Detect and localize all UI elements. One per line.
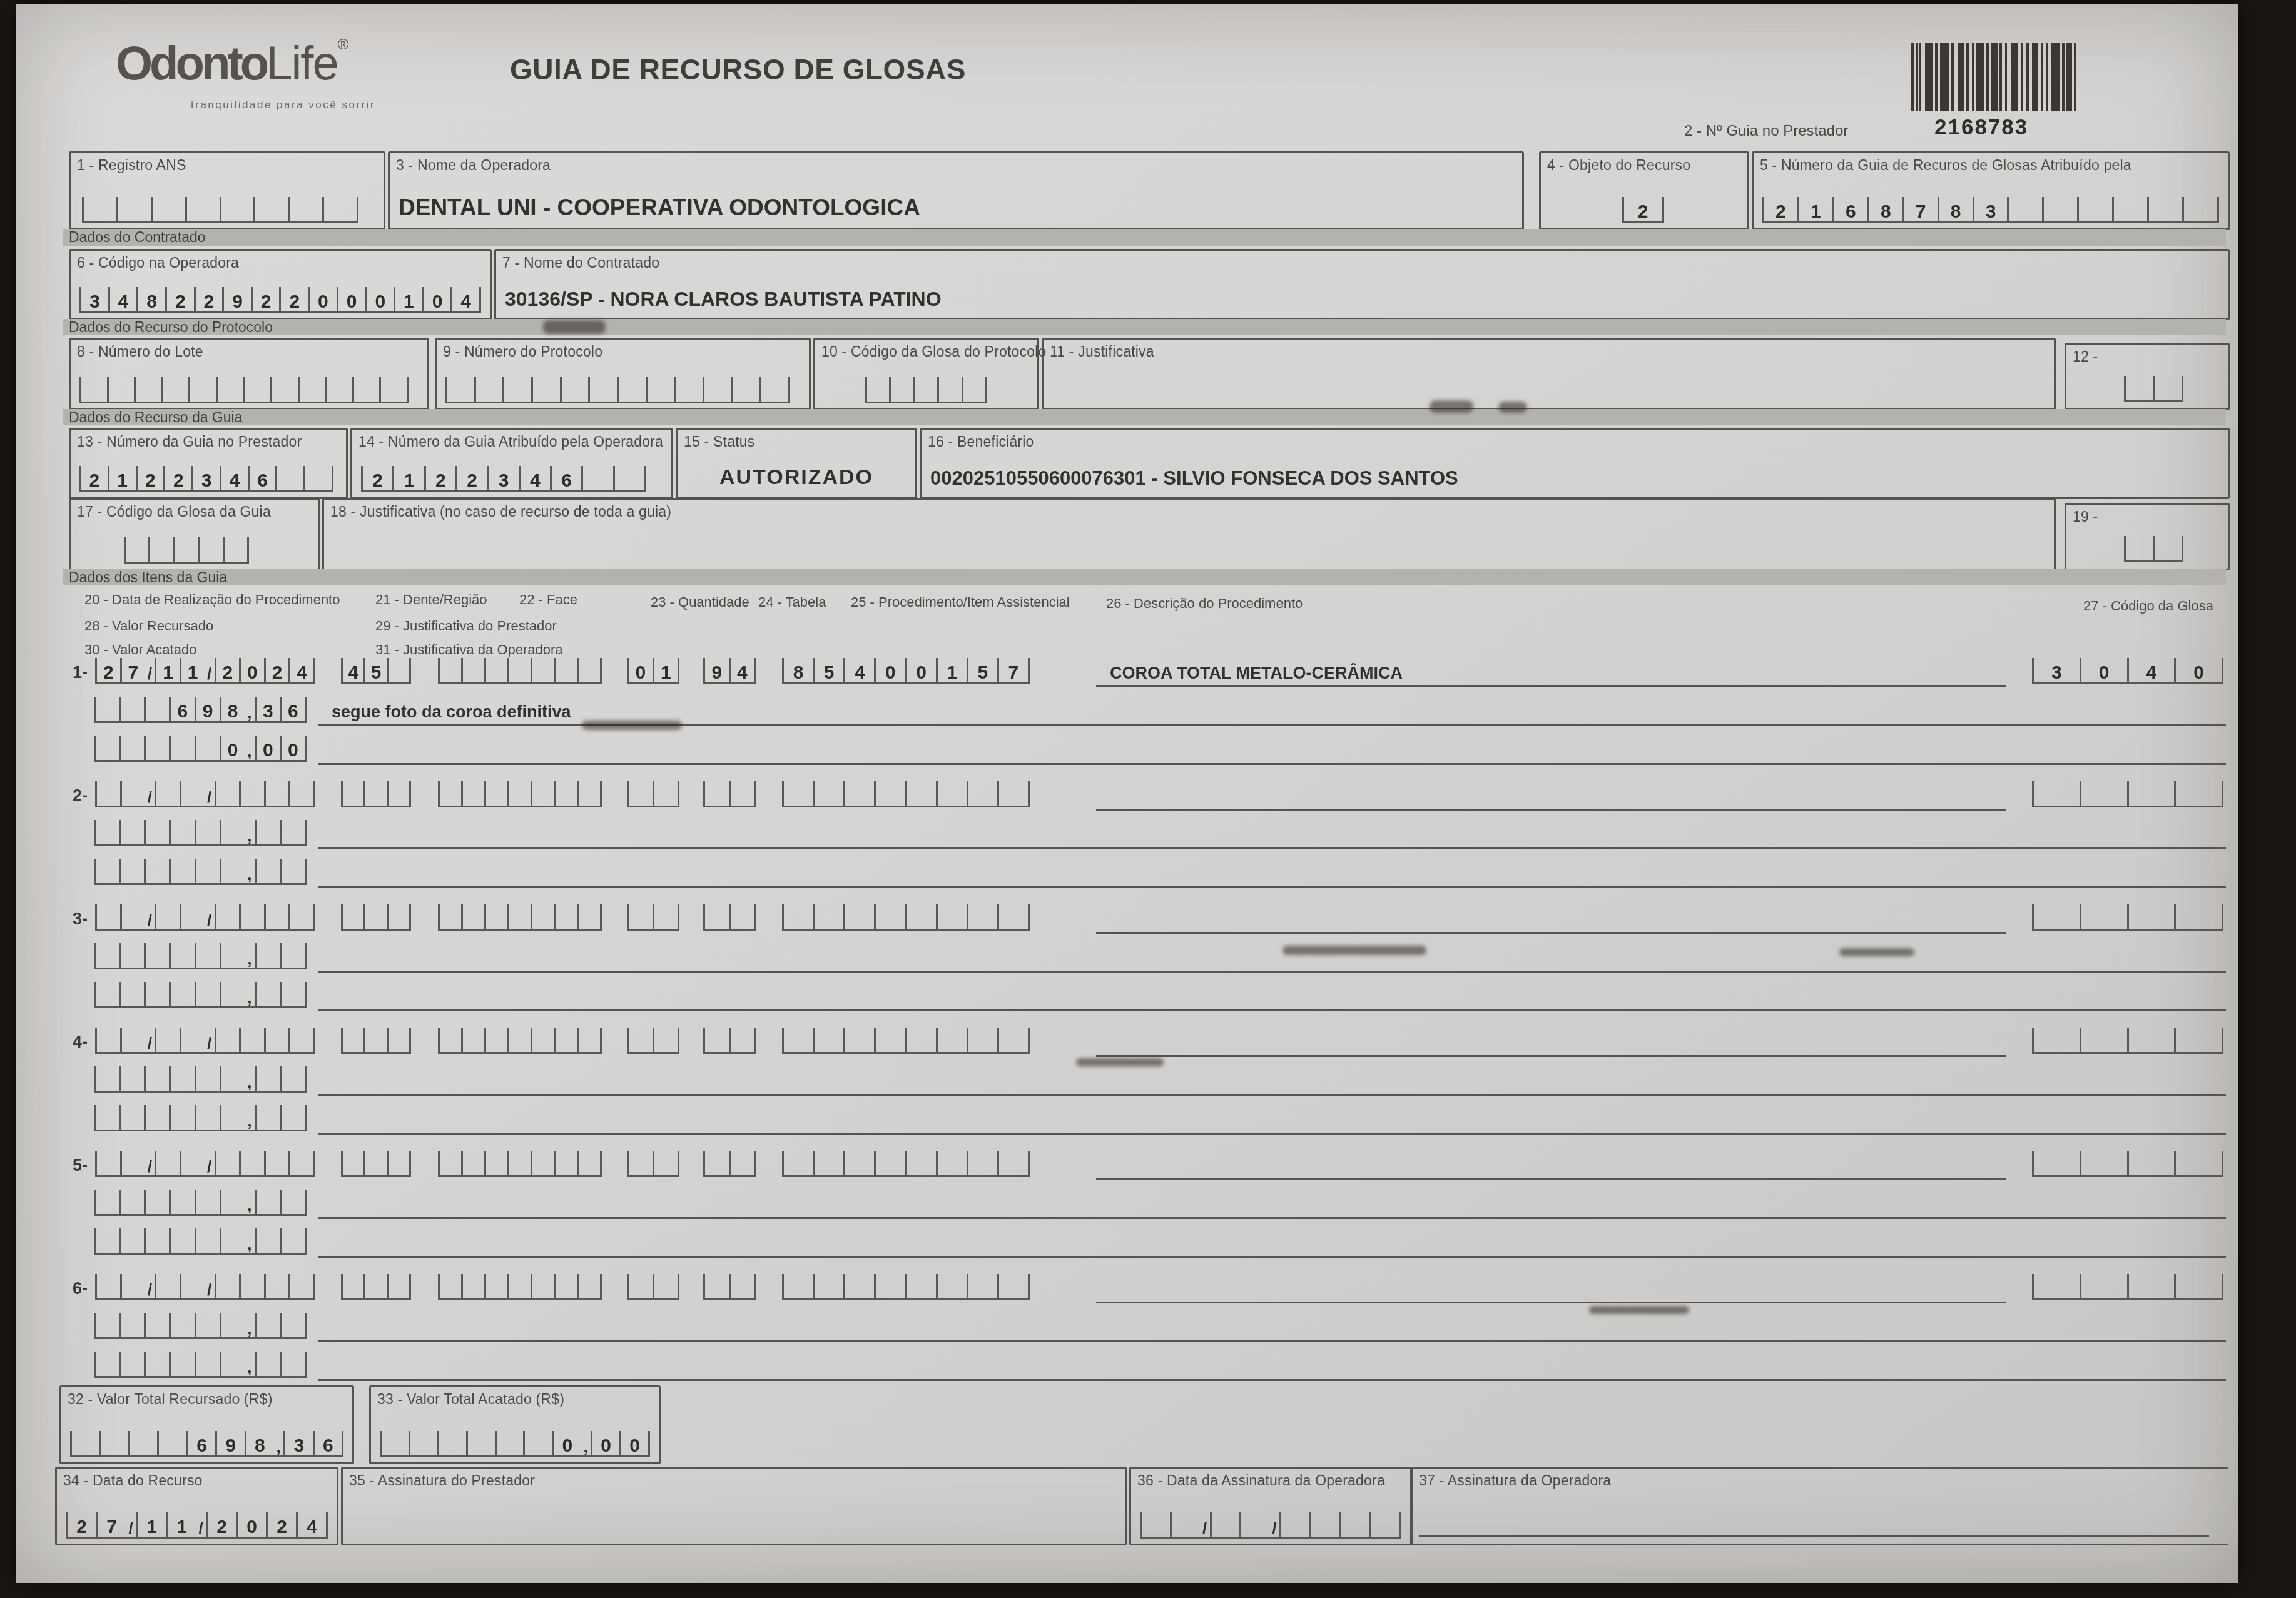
comb-cell bbox=[119, 1352, 144, 1378]
comb-cell bbox=[703, 1151, 729, 1177]
comb-cell bbox=[437, 1431, 466, 1457]
item-description-line[interactable] bbox=[1096, 781, 2006, 811]
item-face-field[interactable] bbox=[438, 658, 602, 684]
comb-cell bbox=[144, 736, 169, 762]
comb-cell bbox=[703, 1028, 729, 1054]
field-33-label: 33 - Valor Total Acatado (R$) bbox=[377, 1391, 564, 1408]
section-recurso-protocolo: Dados do Recurso do Protocolo bbox=[63, 319, 2226, 335]
comb-cell bbox=[280, 820, 307, 846]
field-13-input[interactable]: 2122346 bbox=[79, 466, 333, 492]
comb-cell bbox=[1170, 1512, 1200, 1539]
comb-cell: 3 bbox=[79, 287, 108, 313]
item-procedure-field[interactable] bbox=[782, 781, 1030, 807]
comb-cell bbox=[155, 1151, 180, 1177]
comb-cell bbox=[874, 781, 905, 807]
comb-cell bbox=[531, 1274, 554, 1300]
comb-separator: / bbox=[145, 658, 155, 684]
comb-cell bbox=[2080, 904, 2127, 931]
comb-cell: 2 bbox=[251, 287, 280, 313]
comb-cell: 1 bbox=[392, 466, 424, 492]
field-6-label: 6 - Código na Operadora bbox=[77, 255, 239, 271]
field-33-input[interactable]: 0,00 bbox=[380, 1431, 650, 1457]
comb-cell bbox=[438, 781, 461, 807]
comb-cell: 3 bbox=[191, 466, 220, 492]
item-operator-justification-line[interactable] bbox=[318, 1105, 2226, 1135]
comb-cell bbox=[298, 377, 325, 403]
comb-cell bbox=[438, 1274, 461, 1300]
item-valor-acatado-field[interactable]: 0,00 bbox=[94, 736, 307, 762]
item-valor-recursado-field[interactable]: , bbox=[94, 1313, 307, 1339]
comb-cell bbox=[94, 736, 119, 762]
item-valor-recursado-field[interactable]: , bbox=[94, 1190, 307, 1216]
item-glosa-code-field[interactable] bbox=[2032, 1151, 2223, 1177]
field-3-nome-operadora: 3 - Nome da Operadora DENTAL UNI - COOPE… bbox=[388, 151, 1524, 230]
field-19-input[interactable] bbox=[2124, 536, 2183, 562]
item-row-number: 3- bbox=[73, 909, 88, 929]
field-34-input[interactable]: 27/11/2024 bbox=[66, 1512, 328, 1539]
comb-cell bbox=[997, 904, 1030, 931]
comb-cell bbox=[843, 1028, 874, 1054]
field-9-label: 9 - Número do Protocolo bbox=[443, 343, 602, 360]
item-procedure-field[interactable] bbox=[782, 904, 1030, 931]
item-row-number: 2- bbox=[73, 786, 88, 806]
field-10-label: 10 - Código da Glosa do Protocolo bbox=[821, 343, 1046, 360]
field-3-label: 3 - Nome da Operadora bbox=[396, 157, 551, 174]
comb-cell bbox=[2080, 1151, 2127, 1177]
comb-cell bbox=[495, 1431, 524, 1457]
operator-signature-line[interactable] bbox=[1419, 1529, 2209, 1537]
comb-cell bbox=[997, 781, 1030, 807]
item-tooth-region-field[interactable] bbox=[341, 1028, 411, 1054]
field-37-label: 37 - Assinatura da Operadora bbox=[1419, 1472, 1611, 1489]
comb-cell bbox=[220, 982, 245, 1008]
comb-cell: 5 bbox=[363, 658, 386, 684]
item-description-line[interactable] bbox=[1096, 904, 2006, 934]
field-8-numero-lote: 8 - Número do Lote bbox=[69, 338, 429, 410]
item-procedure-field[interactable] bbox=[782, 1151, 1030, 1177]
item-tooth-region-field[interactable]: 45 bbox=[341, 658, 411, 684]
comb-cell bbox=[128, 1431, 157, 1457]
comb-cell bbox=[94, 1228, 119, 1255]
comb-cell: 2 bbox=[95, 658, 120, 684]
item-glosa-code-field[interactable] bbox=[2032, 1028, 2223, 1054]
comb-cell bbox=[151, 197, 185, 223]
comb-cell bbox=[280, 943, 307, 969]
comb-cell bbox=[280, 1190, 307, 1216]
field-10-input[interactable] bbox=[865, 377, 987, 403]
field-12-label: 12 - bbox=[2073, 348, 2098, 365]
item-operator-justification-line[interactable] bbox=[318, 1352, 2226, 1381]
comb-cell bbox=[653, 904, 680, 931]
item-table-field[interactable]: 94 bbox=[703, 658, 756, 684]
comb-cell bbox=[2127, 1028, 2175, 1054]
comb-cell bbox=[95, 904, 120, 931]
comb-cell bbox=[874, 1274, 905, 1300]
comb-cell: 7 bbox=[96, 1512, 126, 1539]
comb-cell bbox=[617, 377, 646, 403]
comb-cell bbox=[905, 1151, 936, 1177]
field-37-assinatura-operadora: 37 - Assinatura da Operadora bbox=[1411, 1467, 2228, 1545]
item-face-field[interactable] bbox=[438, 1151, 602, 1177]
field-4-objeto-recurso: 4 - Objeto do Recurso 2 bbox=[1539, 151, 1749, 230]
comb-cell bbox=[94, 697, 119, 723]
item-valor-acatado-field[interactable]: , bbox=[94, 859, 307, 885]
item-date-field[interactable]: // bbox=[95, 1028, 315, 1054]
comb-cell bbox=[2124, 376, 2153, 402]
comb-cell bbox=[461, 658, 484, 684]
comb-cell bbox=[1239, 1512, 1269, 1539]
comb-cell bbox=[275, 466, 303, 492]
item-procedure-field[interactable]: 85400157 bbox=[782, 658, 1030, 684]
comb-cell bbox=[79, 377, 107, 403]
comb-cell bbox=[341, 1028, 363, 1054]
comb-cell bbox=[169, 1313, 194, 1339]
section-dados-contratado: Dados do Contratado bbox=[63, 229, 2226, 246]
comb-cell bbox=[195, 736, 220, 762]
comb-cell bbox=[95, 1028, 120, 1054]
comb-cell bbox=[303, 466, 333, 492]
item-row-3: 3-//,, bbox=[0, 904, 2296, 1028]
comb-cell bbox=[531, 1151, 554, 1177]
comb-cell bbox=[554, 781, 577, 807]
comb-cell bbox=[94, 982, 119, 1008]
comb-cell bbox=[216, 377, 243, 403]
item-provider-justification-line[interactable] bbox=[318, 1190, 2226, 1219]
comb-cell: 2 bbox=[279, 287, 308, 313]
field-5-numero-guia-recurso: 5 - Número da Guia de Recuros de Glosas … bbox=[1752, 151, 2230, 230]
col-29-label: 29 - Justificativa do Prestador bbox=[375, 618, 557, 634]
item-date-field[interactable]: // bbox=[95, 781, 315, 807]
comb-cell: 6 bbox=[313, 1431, 343, 1457]
comb-separator: / bbox=[145, 1151, 155, 1177]
comb-cell: 1 bbox=[936, 658, 967, 684]
comb-cell bbox=[144, 697, 169, 723]
item-table-field[interactable] bbox=[703, 1274, 756, 1300]
comb-cell bbox=[2080, 1028, 2127, 1054]
comb-cell bbox=[94, 1313, 119, 1339]
comb-cell: 1 bbox=[394, 287, 422, 313]
comb-cell: 3 bbox=[487, 466, 518, 492]
comb-cell bbox=[554, 1274, 577, 1300]
comb-cell: 2 bbox=[79, 466, 108, 492]
comb-cell: 2 bbox=[163, 466, 191, 492]
comb-cell bbox=[169, 943, 194, 969]
item-tooth-region-field[interactable] bbox=[341, 1274, 411, 1300]
comb-cell bbox=[94, 1066, 119, 1093]
comb-cell bbox=[195, 1313, 220, 1339]
item-description-line[interactable]: COROA TOTAL METALO-CERÂMICA bbox=[1096, 658, 2006, 687]
item-valor-acatado-field[interactable]: , bbox=[94, 982, 307, 1008]
comb-cell bbox=[155, 781, 180, 807]
comb-cell bbox=[813, 781, 843, 807]
comb-cell bbox=[889, 377, 913, 403]
item-table-field[interactable] bbox=[703, 1028, 756, 1054]
comb-cell bbox=[1369, 1512, 1401, 1539]
logo-life-text: Life bbox=[266, 37, 338, 90]
comb-cell: 1 bbox=[136, 1512, 166, 1539]
comb-cell bbox=[2174, 1274, 2223, 1300]
field-5-input[interactable]: 2168783 bbox=[1762, 197, 2219, 223]
comb-cell bbox=[99, 1431, 128, 1457]
field-1-label: 1 - Registro ANS bbox=[77, 157, 186, 174]
field-15-status: 15 - Status AUTORIZADO bbox=[676, 428, 917, 499]
comb-cell: 2 bbox=[215, 658, 240, 684]
comb-cell bbox=[913, 377, 937, 403]
comb-cell: 3 bbox=[1973, 197, 2008, 223]
comb-cell: 0 bbox=[255, 736, 280, 762]
comb-cell bbox=[2153, 536, 2183, 562]
comb-separator: , bbox=[245, 820, 255, 846]
comb-cell bbox=[185, 197, 220, 223]
item-row-5: 5-//,, bbox=[0, 1151, 2296, 1274]
comb-cell bbox=[703, 781, 729, 807]
item-valor-acatado-field[interactable]: , bbox=[94, 1105, 307, 1131]
comb-cell bbox=[729, 1028, 756, 1054]
field-36-input[interactable]: // bbox=[1140, 1512, 1401, 1539]
comb-cell bbox=[2153, 376, 2183, 402]
col-22-label: 22 - Face bbox=[519, 592, 577, 608]
comb-cell bbox=[466, 1431, 495, 1457]
item-table-field[interactable] bbox=[703, 781, 756, 807]
comb-cell bbox=[264, 1274, 289, 1300]
item-date-field[interactable]: // bbox=[95, 1151, 315, 1177]
comb-cell bbox=[813, 1274, 843, 1300]
field-32-input[interactable]: 698,36 bbox=[70, 1431, 343, 1457]
field-8-input[interactable] bbox=[79, 377, 409, 403]
comb-cell bbox=[144, 1066, 169, 1093]
field-11-justificativa: 11 - Justificativa bbox=[1042, 338, 2056, 410]
item-quantity-field[interactable] bbox=[627, 781, 679, 807]
item-procedure-field[interactable] bbox=[782, 1274, 1030, 1300]
comb-cell: 9 bbox=[222, 287, 251, 313]
comb-cell bbox=[2182, 197, 2219, 223]
comb-cell bbox=[280, 1313, 307, 1339]
item-tooth-region-field[interactable] bbox=[341, 781, 411, 807]
comb-cell bbox=[119, 697, 144, 723]
comb-cell bbox=[195, 820, 220, 846]
comb-cell: 2 bbox=[266, 1512, 296, 1539]
comb-cell: 6 bbox=[550, 466, 581, 492]
comb-cell bbox=[1339, 1512, 1369, 1539]
comb-cell bbox=[363, 781, 386, 807]
field-1-input[interactable] bbox=[82, 197, 358, 223]
comb-cell bbox=[220, 197, 254, 223]
field-11-label: 11 - Justificativa bbox=[1050, 343, 1154, 360]
item-quantity-field[interactable]: 01 bbox=[627, 658, 679, 684]
comb-cell: 4 bbox=[108, 287, 137, 313]
item-operator-justification-line[interactable] bbox=[318, 859, 2226, 888]
comb-cell: 2 bbox=[66, 1512, 96, 1539]
scan-artifact bbox=[582, 721, 682, 730]
comb-cell bbox=[507, 658, 531, 684]
comb-cell bbox=[94, 1105, 119, 1131]
comb-cell bbox=[120, 781, 145, 807]
comb-cell bbox=[144, 820, 169, 846]
comb-cell bbox=[255, 1313, 280, 1339]
comb-cell: 2 bbox=[264, 658, 289, 684]
comb-separator: , bbox=[245, 697, 255, 723]
comb-separator: / bbox=[1269, 1512, 1279, 1539]
item-provider-justification-line[interactable] bbox=[318, 1066, 2226, 1096]
comb-cell bbox=[997, 1028, 1030, 1054]
item-valor-acatado-field[interactable]: , bbox=[94, 1228, 307, 1255]
comb-cell: 0 bbox=[308, 287, 337, 313]
comb-cell bbox=[280, 1228, 307, 1255]
comb-cell bbox=[119, 859, 144, 885]
item-valor-acatado-field[interactable]: , bbox=[94, 1352, 307, 1378]
comb-cell bbox=[195, 1105, 220, 1131]
item-face-field[interactable] bbox=[438, 904, 602, 931]
comb-cell bbox=[507, 1028, 531, 1054]
item-description: COROA TOTAL METALO-CERÂMICA bbox=[1110, 664, 1403, 683]
item-description-line[interactable] bbox=[1096, 1274, 2006, 1303]
comb-cell bbox=[280, 1105, 307, 1131]
field-35-assinatura-prestador: 35 - Assinatura do Prestador bbox=[341, 1467, 1127, 1545]
item-description-line[interactable] bbox=[1096, 1028, 2006, 1057]
item-tooth-region-field[interactable] bbox=[341, 904, 411, 931]
field-4-input[interactable]: 2 bbox=[1622, 197, 1664, 223]
item-date-field[interactable]: // bbox=[95, 904, 315, 931]
comb-cell bbox=[874, 1151, 905, 1177]
scan-artifact bbox=[543, 320, 606, 334]
item-quantity-field[interactable] bbox=[627, 1028, 679, 1054]
item-glosa-code-field[interactable] bbox=[2032, 1274, 2223, 1300]
scan-artifact bbox=[1498, 402, 1527, 413]
comb-cell bbox=[729, 781, 756, 807]
scan-artifact bbox=[1839, 948, 1914, 956]
item-face-field[interactable] bbox=[438, 1274, 602, 1300]
item-description-line[interactable] bbox=[1096, 1151, 2006, 1180]
comb-cell: 1 bbox=[1797, 197, 1832, 223]
comb-cell: 4 bbox=[341, 658, 363, 684]
comb-cell: 0 bbox=[905, 658, 936, 684]
comb-cell bbox=[220, 1313, 245, 1339]
field-6-input[interactable]: 34822922000104 bbox=[79, 287, 481, 313]
comb-cell bbox=[180, 1274, 205, 1300]
comb-cell bbox=[325, 377, 352, 403]
comb-cell bbox=[352, 377, 380, 403]
comb-cell: 4 bbox=[2127, 658, 2175, 684]
comb-cell bbox=[220, 1066, 245, 1093]
item-glosa-code-field[interactable] bbox=[2032, 904, 2223, 931]
comb-cell bbox=[288, 197, 322, 223]
comb-cell bbox=[967, 1274, 997, 1300]
item-face-field[interactable] bbox=[438, 1028, 602, 1054]
comb-separator: / bbox=[205, 1028, 215, 1054]
field-13-label: 13 - Número da Guia no Prestador bbox=[77, 433, 302, 450]
item-table-field[interactable] bbox=[703, 1151, 756, 1177]
item-valor-recursado-field[interactable]: , bbox=[94, 1066, 307, 1093]
comb-cell: 4 bbox=[296, 1512, 328, 1539]
comb-cell bbox=[169, 820, 194, 846]
comb-cell bbox=[967, 1151, 997, 1177]
comb-cell bbox=[2127, 1151, 2175, 1177]
comb-cell: 1 bbox=[155, 658, 180, 684]
logo-tagline: tranquilidade para você sorrir bbox=[191, 99, 375, 111]
comb-cell: 0 bbox=[365, 287, 394, 313]
field-12-input[interactable] bbox=[2124, 376, 2183, 402]
comb-cell bbox=[387, 1151, 411, 1177]
comb-cell bbox=[94, 1352, 119, 1378]
comb-cell: 4 bbox=[729, 658, 756, 684]
comb-cell bbox=[2080, 1274, 2127, 1300]
comb-cell bbox=[155, 1028, 180, 1054]
item-face-field[interactable] bbox=[438, 781, 602, 807]
field-17-input[interactable] bbox=[124, 537, 249, 564]
field-9-numero-protocolo: 9 - Número do Protocolo bbox=[435, 338, 811, 410]
comb-cell bbox=[288, 1151, 315, 1177]
field-8-label: 8 - Número do Lote bbox=[77, 343, 203, 360]
scan-artifact bbox=[1589, 1306, 1689, 1314]
comb-cell bbox=[474, 377, 503, 403]
comb-separator: / bbox=[196, 1512, 206, 1539]
item-row-6: 6-//,, bbox=[0, 1274, 2296, 1397]
col-24-label: 24 - Tabela bbox=[758, 594, 826, 610]
comb-cell bbox=[70, 1431, 99, 1457]
item-provider-justification-line[interactable] bbox=[318, 820, 2226, 849]
comb-cell bbox=[627, 1274, 653, 1300]
comb-cell: 0 bbox=[239, 658, 264, 684]
comb-cell: 2 bbox=[194, 287, 223, 313]
field-9-input[interactable] bbox=[445, 377, 790, 403]
comb-cell bbox=[144, 1105, 169, 1131]
item-provider-justification-line[interactable] bbox=[318, 943, 2226, 973]
field-14-input[interactable]: 2122346 bbox=[361, 466, 646, 492]
comb-cell bbox=[144, 1352, 169, 1378]
item-quantity-field[interactable] bbox=[627, 1274, 679, 1300]
item-date-field[interactable]: // bbox=[95, 1274, 315, 1300]
comb-cell: 5 bbox=[967, 658, 997, 684]
item-operator-justification-line[interactable] bbox=[318, 1228, 2226, 1258]
comb-cell bbox=[997, 1151, 1030, 1177]
comb-separator: , bbox=[245, 859, 255, 885]
comb-cell: 8 bbox=[220, 697, 245, 723]
field-34-label: 34 - Data do Recurso bbox=[63, 1472, 203, 1489]
comb-cell bbox=[255, 1066, 280, 1093]
item-glosa-code-field[interactable] bbox=[2032, 781, 2223, 807]
comb-cell: 2 bbox=[206, 1512, 236, 1539]
item-glosa-code-field[interactable]: 3040 bbox=[2032, 658, 2223, 684]
item-quantity-field[interactable] bbox=[627, 904, 679, 931]
comb-cell bbox=[962, 377, 987, 403]
comb-cell bbox=[220, 943, 245, 969]
item-valor-recursado-field[interactable]: 698,36 bbox=[94, 697, 307, 723]
comb-cell bbox=[2112, 197, 2147, 223]
item-provider-justification-line[interactable] bbox=[318, 1313, 2226, 1342]
comb-cell: 1 bbox=[166, 1512, 196, 1539]
item-procedure-field[interactable] bbox=[782, 1028, 1030, 1054]
comb-cell: 6 bbox=[248, 466, 276, 492]
item-operator-justification-line[interactable] bbox=[318, 982, 2226, 1011]
comb-cell bbox=[173, 537, 198, 564]
col-30-label: 30 - Valor Acatado bbox=[84, 642, 196, 658]
comb-cell: 0 bbox=[552, 1431, 581, 1457]
comb-cell bbox=[239, 1028, 264, 1054]
item-operator-justification-line[interactable] bbox=[318, 736, 2226, 765]
item-valor-recursado-field[interactable]: , bbox=[94, 820, 307, 846]
item-valor-recursado-field[interactable]: , bbox=[94, 943, 307, 969]
item-quantity-field[interactable] bbox=[627, 1151, 679, 1177]
comb-cell bbox=[169, 1190, 194, 1216]
item-table-field[interactable] bbox=[703, 904, 756, 931]
item-date-field[interactable]: 27/11/2024 bbox=[95, 658, 315, 684]
comb-cell bbox=[107, 377, 135, 403]
comb-cell bbox=[2032, 904, 2080, 931]
comb-cell bbox=[255, 820, 280, 846]
comb-cell bbox=[180, 781, 205, 807]
field-16-beneficiario: 16 - Beneficiário 00202510550600076301 -… bbox=[920, 428, 2230, 499]
item-tooth-region-field[interactable] bbox=[341, 1151, 411, 1177]
